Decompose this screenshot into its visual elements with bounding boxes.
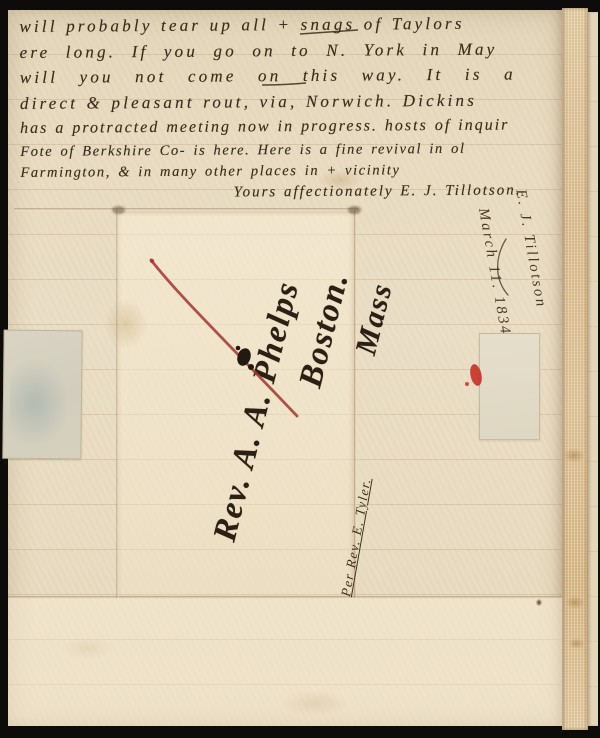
letter-line: ere long. If you go on to N. York in May [20, 36, 564, 65]
letter-line: has a protracted meeting now in progress… [20, 112, 564, 141]
fold-crease-bottom [8, 596, 564, 599]
letter-body: will probably tear up all + snags of Tay… [19, 10, 564, 204]
stain [104, 298, 148, 350]
fold-crease-top [14, 208, 358, 211]
crease-corner-smudge [348, 206, 361, 214]
crease-corner-smudge [112, 206, 125, 214]
manuscript-scan: will probably tear up all + snags of Tay… [0, 0, 600, 738]
stain [60, 636, 116, 660]
repair-patch-left [2, 330, 82, 460]
ink-speck [536, 599, 542, 606]
tape-stain [565, 596, 585, 609]
stain [280, 690, 350, 716]
adjacent-page-ruling [588, 12, 598, 726]
adjacent-page-edge [588, 12, 598, 726]
tape-stain [568, 638, 585, 649]
fold-crease-left [116, 209, 119, 598]
letter-line: will probably tear up all + snags of Tay… [19, 10, 564, 39]
stain [318, 170, 362, 190]
letter-line: direct & pleasant rout, via, Norwich. Di… [20, 87, 564, 116]
tape-stain [563, 448, 585, 463]
binding-tape-strip [562, 8, 588, 730]
repair-patch-right [479, 333, 540, 440]
letter-line: will you not come on this way. It is a [20, 61, 564, 90]
